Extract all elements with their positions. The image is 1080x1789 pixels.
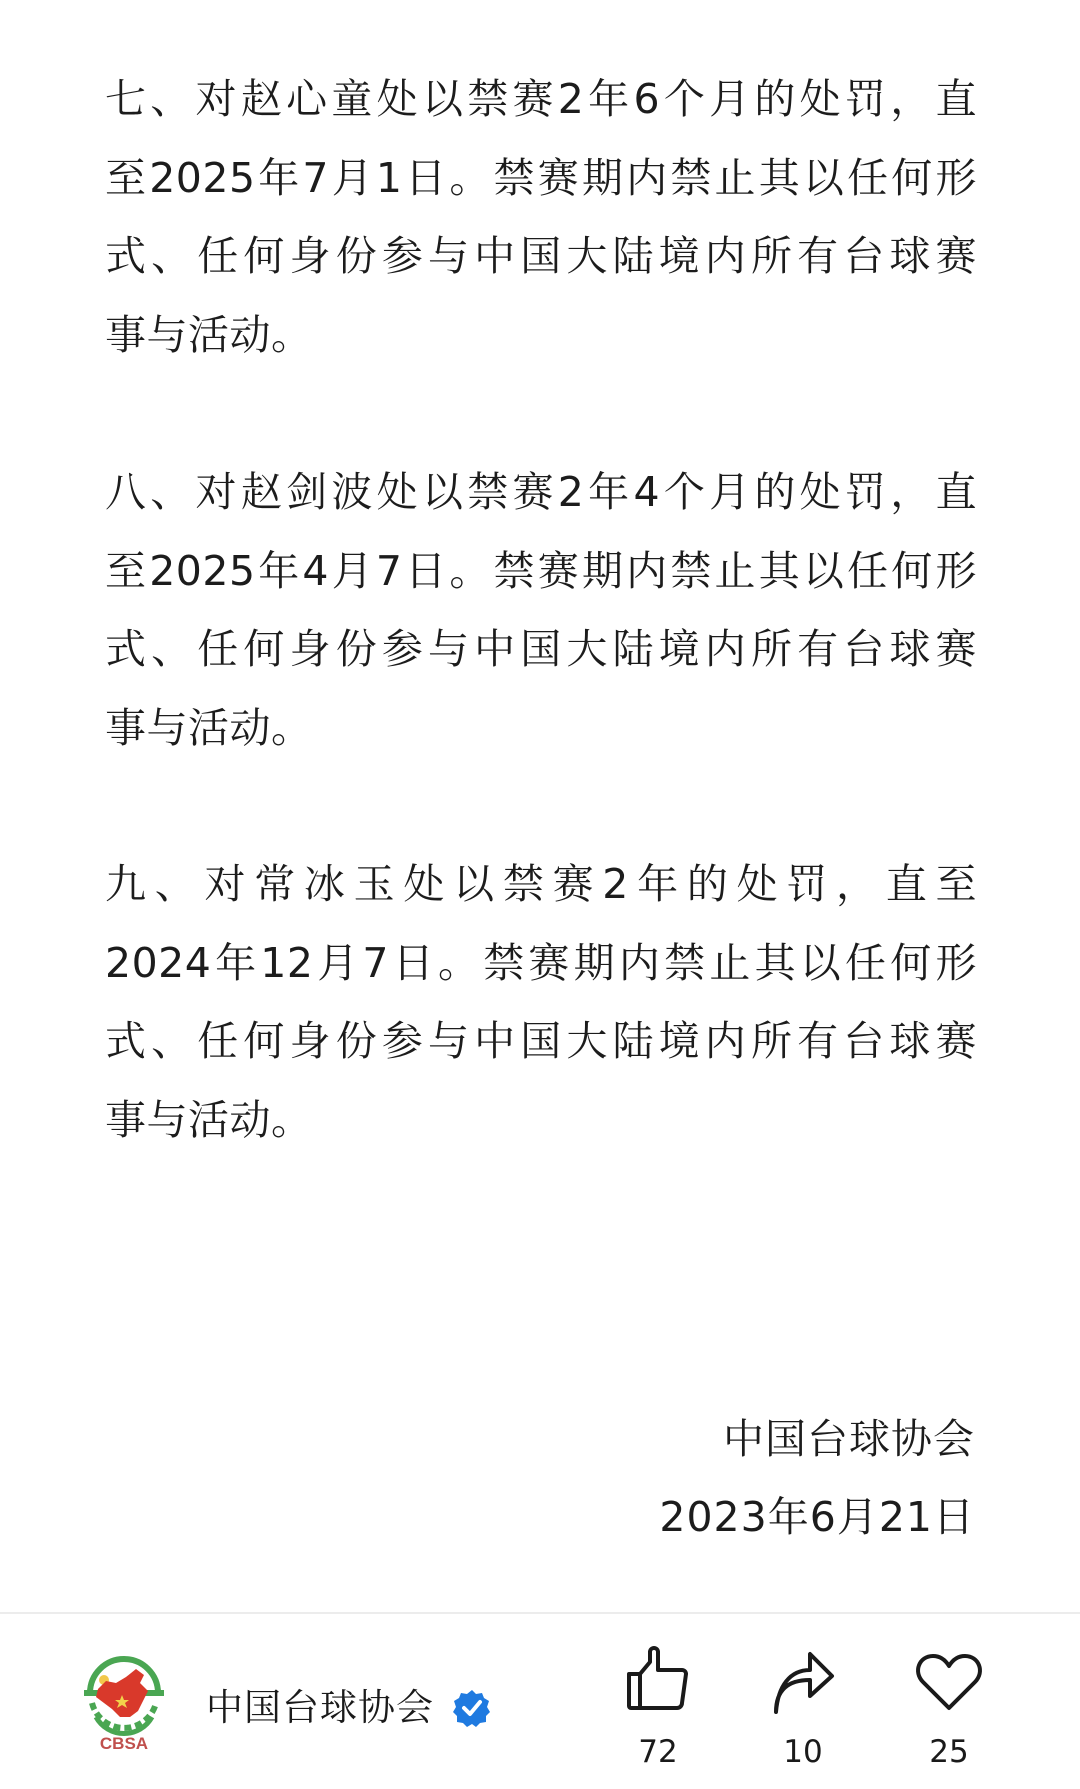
favorite-button[interactable] — [899, 1650, 999, 1712]
heart-icon — [915, 1650, 983, 1712]
text-line: 式、任何身份参与中国大陆境内所有台球赛 — [105, 217, 977, 296]
text-line: 2024年12月7日。禁赛期内禁止其以任何形 — [105, 924, 977, 1003]
like-count: 72 — [608, 1734, 708, 1770]
text-line: 事与活动。 — [105, 1081, 977, 1160]
text-line: 式、任何身份参与中国大陆境内所有台球赛 — [105, 610, 977, 689]
text-line: 八、对赵剑波处以禁赛2年4个月的处罚，直 — [105, 453, 977, 532]
text-line: 至2025年4月7日。禁赛期内禁止其以任何形 — [105, 532, 977, 611]
favorite-count: 25 — [899, 1734, 999, 1770]
text-line: 九、对常冰玉处以禁赛2年的处罚，直至 — [105, 845, 977, 924]
account-name[interactable]: 中国台球协会 — [206, 1686, 434, 1730]
account-avatar[interactable]: CBSA — [82, 1655, 166, 1755]
text-line: 至2025年7月1日。禁赛期内禁止其以任何形 — [105, 139, 977, 218]
signature-date: 2023年6月21日 — [659, 1478, 975, 1556]
signature-organization: 中国台球协会 — [723, 1400, 975, 1478]
paragraph-8: 八、对赵剑波处以禁赛2年4个月的处罚，直 至2025年4月7日。禁赛期内禁止其以… — [105, 453, 977, 767]
verified-badge-icon — [452, 1688, 492, 1728]
paragraph-7: 七、对赵心童处以禁赛2年6个月的处罚，直 至2025年7月1日。禁赛期内禁止其以… — [105, 60, 977, 374]
thumbs-up-icon — [625, 1646, 691, 1712]
share-count: 10 — [753, 1734, 853, 1770]
like-button[interactable] — [608, 1646, 708, 1712]
paragraph-9: 九、对常冰玉处以禁赛2年的处罚，直至 2024年12月7日。禁赛期内禁止其以任何… — [105, 845, 977, 1159]
text-line: 事与活动。 — [105, 296, 977, 375]
text-line: 事与活动。 — [105, 689, 977, 768]
text-line: 式、任何身份参与中国大陆境内所有台球赛 — [105, 1002, 977, 1081]
text-line: 七、对赵心童处以禁赛2年6个月的处罚，直 — [105, 60, 977, 139]
share-icon — [770, 1650, 836, 1716]
cbsa-logo-icon: CBSA — [82, 1655, 166, 1755]
share-button[interactable] — [753, 1650, 853, 1716]
svg-text:CBSA: CBSA — [100, 1734, 148, 1753]
